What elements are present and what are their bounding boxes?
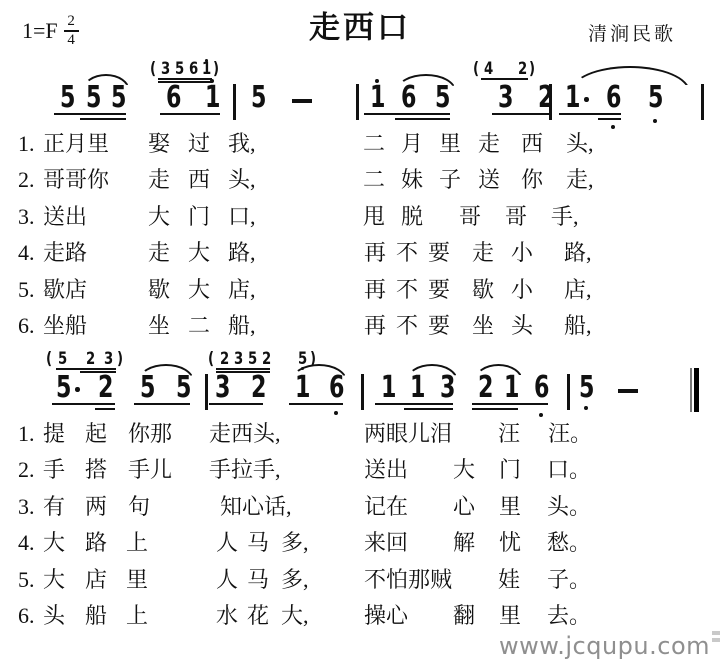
lyrics-row: 5.大店里人马多,不怕那贼娃子。	[0, 567, 720, 597]
lyric-text: 里	[126, 567, 148, 593]
lyric-text: 你那	[128, 421, 172, 447]
lyric-text: 汪。	[548, 421, 592, 447]
lyric-text: 大	[43, 530, 65, 556]
verse-number: 6.	[18, 603, 35, 629]
lyric-text: 大	[453, 457, 475, 483]
lyric-text: 送出	[364, 457, 408, 483]
lyrics-row: 3.有两句知心话,记在心里头。	[0, 494, 720, 524]
lyric-text: 大,	[281, 603, 309, 629]
lyric-text: 记在	[364, 494, 408, 520]
lyric-text: 手	[43, 457, 65, 483]
lyric-text: 路	[85, 530, 107, 556]
lyric-text: 有	[43, 494, 65, 520]
watermark: www.jcqupu.com	[499, 632, 710, 660]
lyric-text: 不怕那贼	[364, 567, 452, 593]
lyric-text: 多,	[281, 530, 309, 556]
lyric-text: 知心话,	[220, 494, 292, 520]
lyric-text: 心	[453, 494, 475, 520]
lyric-text: 翻	[453, 603, 475, 629]
lyric-text: 上	[126, 530, 148, 556]
lyric-text: 上	[126, 603, 148, 629]
lyric-text: 头。	[547, 494, 591, 520]
watermark-logo-fragment	[712, 628, 720, 650]
lyric-text: 里	[499, 494, 521, 520]
lyric-text: 走西头,	[209, 421, 281, 447]
lyric-text: 忧	[499, 530, 521, 556]
lyric-text: 手拉手,	[209, 457, 281, 483]
lyric-text: 两	[85, 494, 107, 520]
lyric-text: 愁。	[547, 530, 591, 556]
lyric-text: 大	[43, 567, 65, 593]
verse-number: 5.	[18, 567, 35, 593]
lyric-text: 娃	[498, 567, 520, 593]
verse-number: 4.	[18, 530, 35, 556]
lyric-text: 句	[128, 494, 150, 520]
lyric-text: 汪	[498, 421, 520, 447]
lyric-text: 两眼儿泪	[364, 421, 452, 447]
lyrics-row: 4.大路上人马多,来回解忧愁。	[0, 530, 720, 560]
verse-number: 3.	[18, 494, 35, 520]
verse-number: 1.	[18, 421, 35, 447]
lyric-text: 头	[43, 603, 65, 629]
lyric-text: 马	[247, 567, 269, 593]
lyric-text: 搭	[85, 457, 107, 483]
lyric-text: 手儿	[128, 457, 172, 483]
verse-number: 2.	[18, 457, 35, 483]
lyric-text: 多,	[281, 567, 309, 593]
lyric-text: 人	[216, 567, 238, 593]
lyric-text: 口。	[547, 457, 591, 483]
lyric-text: 花	[247, 603, 269, 629]
lyric-text: 解	[453, 530, 475, 556]
lyrics-row: 6.头船上水花大,操心翻里去。	[0, 603, 720, 633]
lyric-text: 人	[216, 530, 238, 556]
lyric-text: 子。	[547, 567, 591, 593]
lyric-text: 提	[43, 421, 65, 447]
lyric-text: 里	[499, 603, 521, 629]
lyrics-row: 1.提起你那走西头,两眼儿泪汪汪。	[0, 421, 720, 451]
lyrics-block-2: 1.提起你那走西头,两眼儿泪汪汪。2.手搭手儿手拉手,送出大门口。3.有两句知心…	[0, 0, 720, 668]
lyric-text: 水	[216, 603, 238, 629]
lyric-text: 操心	[364, 603, 408, 629]
lyric-text: 店	[85, 567, 107, 593]
lyric-text: 马	[247, 530, 269, 556]
lyric-text: 去。	[547, 603, 591, 629]
lyric-text: 起	[85, 421, 107, 447]
lyric-text: 门	[499, 457, 521, 483]
lyric-text: 船	[85, 603, 107, 629]
lyric-text: 来回	[364, 530, 408, 556]
sheet-music-page: 1=F 2 4 走西口 清涧民歌 55561516532165(3561)(42…	[0, 0, 720, 668]
lyrics-row: 2.手搭手儿手拉手,送出大门口。	[0, 457, 720, 487]
